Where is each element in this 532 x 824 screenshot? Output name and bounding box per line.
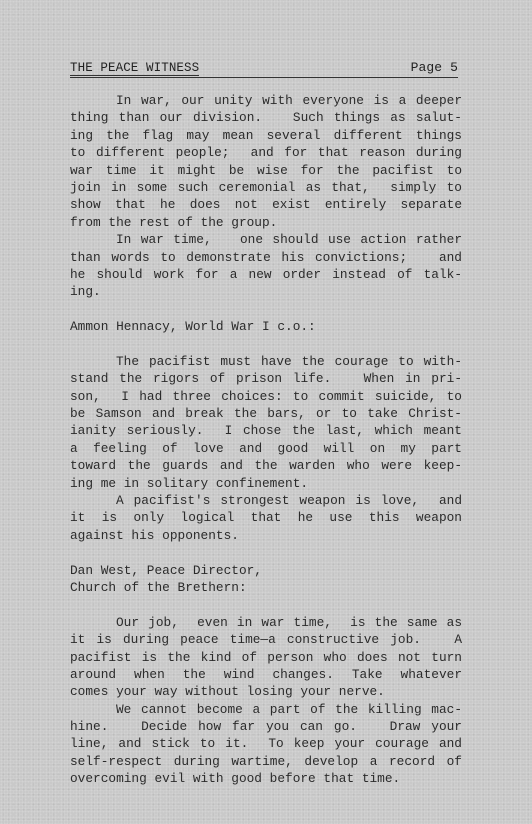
text-line: pacifist is the kind of person who does … xyxy=(70,649,462,666)
text-line: from the rest of the group. xyxy=(70,214,462,231)
paragraph: The pacifist must have the courage to wi… xyxy=(70,353,462,492)
text-line: Our job, even in war time, is the same a… xyxy=(70,614,462,631)
page-number: Page 5 xyxy=(411,60,458,75)
text-line: be Samson and break the bars, or to take… xyxy=(70,405,462,422)
speaker-attribution: Dan West, Peace Director, xyxy=(70,562,462,579)
text-line: line, and stick to it. To keep your cour… xyxy=(70,735,462,752)
article-body: In war, our unity with everyone is a dee… xyxy=(70,92,462,788)
blank-line xyxy=(70,301,462,318)
text-line: ianity seriously. I chose the last, whic… xyxy=(70,422,462,439)
text-line: he should work for a new order instead o… xyxy=(70,266,462,283)
page-header: THE PEACE WITNESS Page 5 xyxy=(70,57,458,78)
text-line: war time it might be wise for the pacifi… xyxy=(70,162,462,179)
text-line: The pacifist must have the courage to wi… xyxy=(70,353,462,370)
text-line: In war time, one should use action rathe… xyxy=(70,231,462,248)
text-line: We cannot become a part of the killing m… xyxy=(70,701,462,718)
text-line: A pacifist's strongest weapon is love, a… xyxy=(70,492,462,509)
text-line: against his opponents. xyxy=(70,527,462,544)
text-line: hine. Decide how far you can go. Draw yo… xyxy=(70,718,462,735)
text-line: comes your way without losing your nerve… xyxy=(70,683,462,700)
paragraph: In war, our unity with everyone is a dee… xyxy=(70,92,462,231)
text-line: a feeling of love and good will on my pa… xyxy=(70,440,462,457)
blank-line xyxy=(70,596,462,613)
paragraph: We cannot become a part of the killing m… xyxy=(70,701,462,788)
text-line: it is during peace time—a constructive j… xyxy=(70,631,462,648)
speaker-attribution: Church of the Brethern: xyxy=(70,579,462,596)
text-line: ing the flag may mean several different … xyxy=(70,127,462,144)
text-line: son, I had three choices: to commit suic… xyxy=(70,388,462,405)
document-page: THE PEACE WITNESS Page 5 In war, our uni… xyxy=(0,0,532,824)
text-line: thing than our division. Such things as … xyxy=(70,109,462,126)
text-line: show that he does not exist entirely sep… xyxy=(70,196,462,213)
text-line: to different people; and for that reason… xyxy=(70,144,462,161)
text-line: toward the guards and the warden who wer… xyxy=(70,457,462,474)
text-line: ing. xyxy=(70,283,462,300)
speaker-attribution: Ammon Hennacy, World War I c.o.: xyxy=(70,318,462,335)
text-line: overcoming evil with good before that ti… xyxy=(70,770,462,787)
text-line: In war, our unity with everyone is a dee… xyxy=(70,92,462,109)
blank-line xyxy=(70,544,462,561)
text-line: around when the wind changes. Take whate… xyxy=(70,666,462,683)
text-line: stand the rigors of prison life. When in… xyxy=(70,370,462,387)
text-line: ing me in solitary confinement. xyxy=(70,475,462,492)
paragraph: Our job, even in war time, is the same a… xyxy=(70,614,462,701)
blank-line xyxy=(70,335,462,352)
text-line: join in some such ceremonial as that, si… xyxy=(70,179,462,196)
paragraph: A pacifist's strongest weapon is love, a… xyxy=(70,492,462,544)
publication-title: THE PEACE WITNESS xyxy=(70,61,199,76)
text-line: self-respect during wartime, develop a r… xyxy=(70,753,462,770)
paragraph: In war time, one should use action rathe… xyxy=(70,231,462,301)
text-line: it is only logical that he use this weap… xyxy=(70,509,462,526)
text-line: than words to demonstrate his conviction… xyxy=(70,249,462,266)
